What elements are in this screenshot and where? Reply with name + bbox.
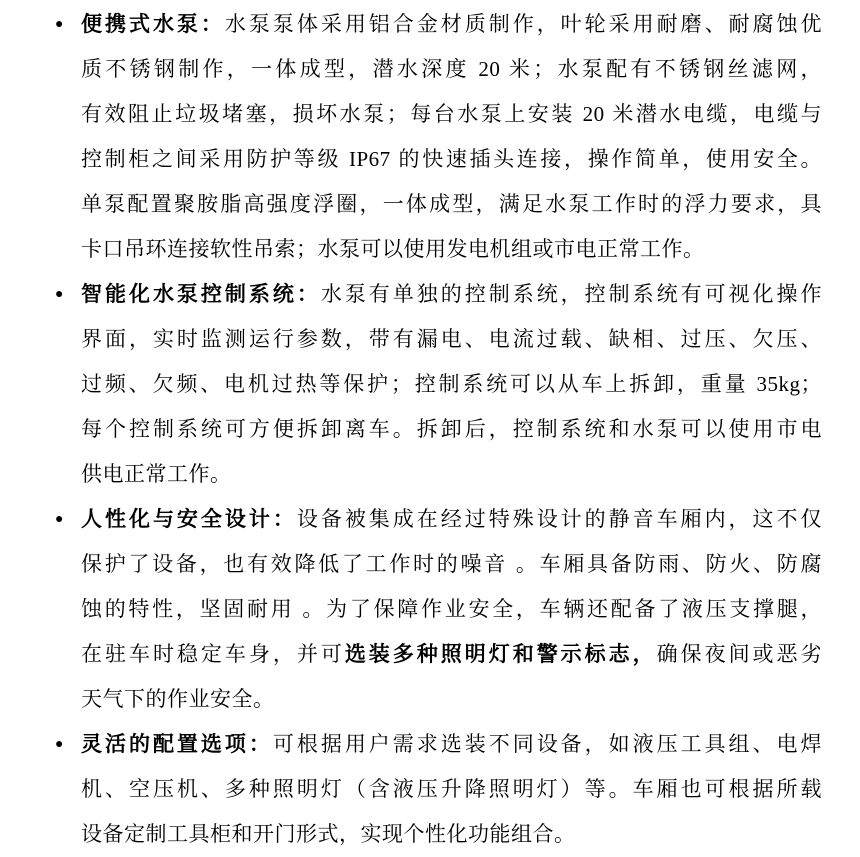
- text-segment: 单泵配置聚胺脂高强度浮圈，一体成型，满足水泵工作时的浮力要求，具: [81, 192, 822, 216]
- text-line: 控制柜之间采用防护等级 IP67 的快速插头连接，操作简单，使用安全。: [81, 137, 822, 182]
- text-line: 卡口吊环连接软性吊索；水泵可以使用发电机组或市电正常工作。: [81, 227, 822, 272]
- document-body: ●便携式水泵：水泵泵体采用铝合金材质制作，叶轮采用耐磨、耐腐蚀优质不锈钢制作，一…: [0, 0, 860, 857]
- text-segment: 界面，实时监测运行参数，带有漏电、电流过载、缺相、过压、欠压、: [81, 327, 822, 351]
- text-segment: 在驻车时稳定车身，并可: [81, 642, 345, 666]
- list-item-便携式水泵: ●便携式水泵：水泵泵体采用铝合金材质制作，叶轮采用耐磨、耐腐蚀优质不锈钢制作，一…: [55, 2, 822, 272]
- bullet-text-column: 智能化水泵控制系统：水泵有单独的控制系统，控制系统有可视化操作界面，实时监测运行…: [81, 272, 822, 497]
- list-item-智能化水泵控制系统: ●智能化水泵控制系统：水泵有单独的控制系统，控制系统有可视化操作界面，实时监测运…: [55, 272, 822, 497]
- text-line: 过频、欠频、电机过热等保护；控制系统可以从车上拆卸，重量 35kg；: [81, 362, 822, 407]
- text-segment: 有效阻止垃圾堵塞，损坏水泵；每台水泵上安装 20 米潜水电缆，电缆与: [81, 102, 822, 126]
- text-line: 界面，实时监测运行参数，带有漏电、电流过载、缺相、过压、欠压、: [81, 317, 822, 362]
- bold-text-segment: 灵活的配置选项：: [81, 732, 273, 756]
- text-segment: 确保夜间或恶劣: [657, 642, 822, 666]
- text-segment: 可根据用户需求选装不同设备，如液压工具组、电焊: [273, 732, 822, 756]
- text-line: 供电正常工作。: [81, 452, 822, 497]
- bold-text-segment: 智能化水泵控制系统：: [81, 282, 321, 306]
- text-segment: 蚀的特性，坚固耐用 。为了保障作业安全，车辆还配备了液压支撑腿，: [81, 597, 822, 621]
- bullet-text-column: 灵活的配置选项：可根据用户需求选装不同设备，如液压工具组、电焊机、空压机、多种照…: [81, 722, 822, 857]
- text-line: 机、空压机、多种照明灯（含液压升降照明灯）等。车厢也可根据所载: [81, 767, 822, 812]
- text-line: 保护了设备，也有效降低了工作时的噪音 。车厢具备防雨、防火、防腐: [81, 542, 822, 587]
- text-segment: 控制柜之间采用防护等级 IP67 的快速插头连接，操作简单，使用安全。: [81, 147, 822, 171]
- text-segment: 每个控制系统可方便拆卸离车。拆卸后，控制系统和水泵可以使用市电: [81, 417, 822, 441]
- bullet-icon: ●: [55, 722, 81, 767]
- bullet-text-column: 人性化与安全设计：设备被集成在经过特殊设计的静音车厢内，这不仅保护了设备，也有效…: [81, 497, 822, 722]
- bullet-icon: ●: [55, 272, 81, 317]
- text-segment: 供电正常工作。: [81, 462, 232, 486]
- text-line: 在驻车时稳定车身，并可选装多种照明灯和警示标志，确保夜间或恶劣: [81, 632, 822, 677]
- text-line: 便携式水泵：水泵泵体采用铝合金材质制作，叶轮采用耐磨、耐腐蚀优: [81, 2, 822, 47]
- text-line: 天气下的作业安全。: [81, 677, 822, 722]
- text-segment: 水泵有单独的控制系统，控制系统有可视化操作: [321, 282, 822, 306]
- text-line: 质不锈钢制作，一体成型，潜水深度 20 米；水泵配有不锈钢丝滤网，: [81, 47, 822, 92]
- text-segment: 质不锈钢制作，一体成型，潜水深度 20 米；水泵配有不锈钢丝滤网，: [81, 57, 822, 81]
- text-segment: 机、空压机、多种照明灯（含液压升降照明灯）等。车厢也可根据所载: [81, 777, 822, 801]
- text-segment: 过频、欠频、电机过热等保护；控制系统可以从车上拆卸，重量 35kg；: [81, 372, 822, 396]
- bold-text-segment: 人性化与安全设计：: [81, 507, 297, 531]
- text-segment: 设备定制工具柜和开门形式，实现个性化功能组合。: [81, 822, 576, 846]
- list-item-人性化与安全设计: ●人性化与安全设计：设备被集成在经过特殊设计的静音车厢内，这不仅保护了设备，也有…: [55, 497, 822, 722]
- bullet-list: ●便携式水泵：水泵泵体采用铝合金材质制作，叶轮采用耐磨、耐腐蚀优质不锈钢制作，一…: [55, 2, 822, 857]
- bullet-icon: ●: [55, 2, 81, 47]
- text-segment: 水泵泵体采用铝合金材质制作，叶轮采用耐磨、耐腐蚀优: [225, 12, 822, 36]
- bold-text-segment: 选装多种照明灯和警示标志，: [345, 642, 657, 666]
- text-line: 灵活的配置选项：可根据用户需求选装不同设备，如液压工具组、电焊: [81, 722, 822, 767]
- text-line: 人性化与安全设计：设备被集成在经过特殊设计的静音车厢内，这不仅: [81, 497, 822, 542]
- text-segment: 保护了设备，也有效降低了工作时的噪音 。车厢具备防雨、防火、防腐: [81, 552, 822, 576]
- text-line: 蚀的特性，坚固耐用 。为了保障作业安全，车辆还配备了液压支撑腿，: [81, 587, 822, 632]
- text-line: 单泵配置聚胺脂高强度浮圈，一体成型，满足水泵工作时的浮力要求，具: [81, 182, 822, 227]
- text-line: 设备定制工具柜和开门形式，实现个性化功能组合。: [81, 812, 822, 857]
- text-segment: 天气下的作业安全。: [81, 687, 275, 711]
- list-item-灵活的配置选项: ●灵活的配置选项：可根据用户需求选装不同设备，如液压工具组、电焊机、空压机、多种…: [55, 722, 822, 857]
- text-line: 智能化水泵控制系统：水泵有单独的控制系统，控制系统有可视化操作: [81, 272, 822, 317]
- text-line: 每个控制系统可方便拆卸离车。拆卸后，控制系统和水泵可以使用市电: [81, 407, 822, 452]
- bullet-icon: ●: [55, 497, 81, 542]
- text-segment: 设备被集成在经过特殊设计的静音车厢内，这不仅: [297, 507, 822, 531]
- bullet-text-column: 便携式水泵：水泵泵体采用铝合金材质制作，叶轮采用耐磨、耐腐蚀优质不锈钢制作，一体…: [81, 2, 822, 272]
- text-segment: 卡口吊环连接软性吊索；水泵可以使用发电机组或市电正常工作。: [81, 237, 705, 261]
- bold-text-segment: 便携式水泵：: [81, 12, 225, 36]
- text-line: 有效阻止垃圾堵塞，损坏水泵；每台水泵上安装 20 米潜水电缆，电缆与: [81, 92, 822, 137]
